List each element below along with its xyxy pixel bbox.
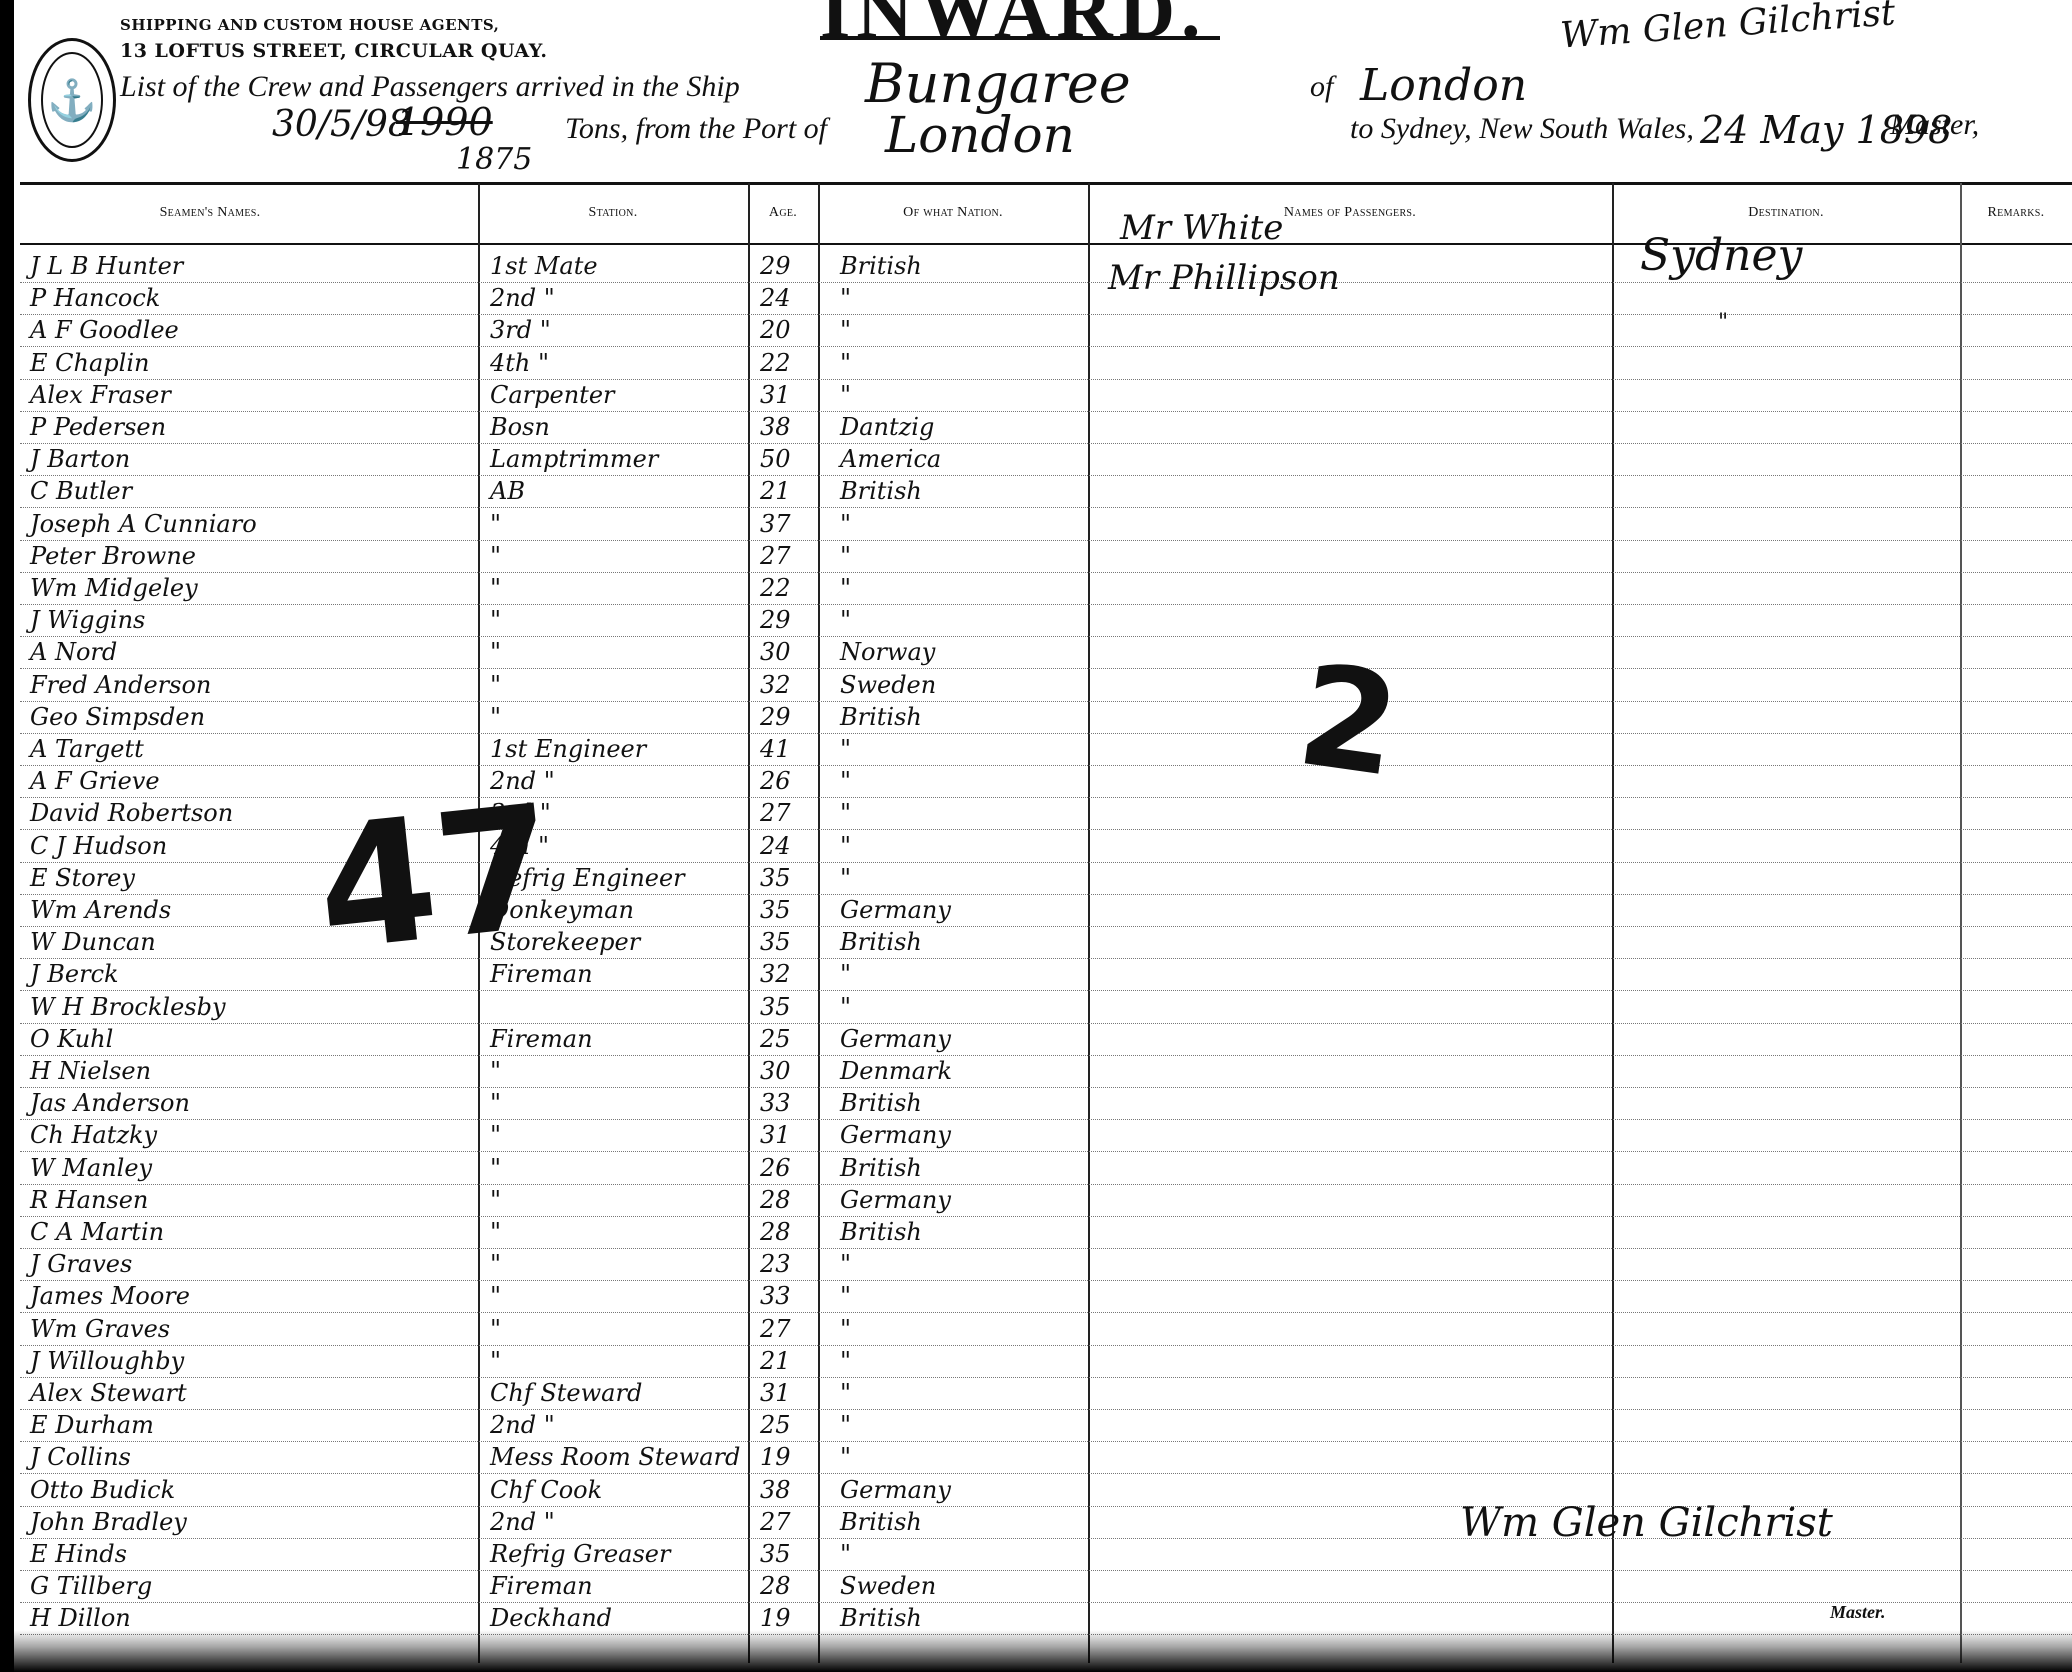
crew-name: Wm Arends xyxy=(30,896,171,924)
header-printed-list: List of the Crew and Passengers arrived … xyxy=(120,70,740,104)
crew-nation: Germany xyxy=(840,1186,951,1214)
table-top-rule xyxy=(20,182,2072,185)
crew-station: Deckhand xyxy=(490,1604,612,1632)
crew-age: 25 xyxy=(760,1411,791,1439)
crew-name: Ch Hatzky xyxy=(30,1121,157,1149)
crew-name: A Targett xyxy=(30,735,144,763)
crew-age: 21 xyxy=(760,1347,791,1375)
from-port: London xyxy=(885,106,1075,164)
crew-age: 27 xyxy=(760,1508,791,1536)
crew-age: 19 xyxy=(760,1443,791,1471)
crew-nation: " xyxy=(840,1540,851,1568)
crew-name: C J Hudson xyxy=(30,832,167,860)
crew-station: " xyxy=(490,638,501,666)
passenger-name: Mr Phillipson xyxy=(1108,258,1340,298)
row-rule xyxy=(20,1280,2072,1281)
crew-station: Mess Room Steward xyxy=(490,1443,740,1471)
crew-name: Peter Browne xyxy=(30,542,196,570)
header-printed-of: of xyxy=(1310,70,1333,104)
crew-name: J L B Hunter xyxy=(30,252,183,280)
row-rule xyxy=(20,1055,2072,1056)
crew-nation: Norway xyxy=(840,638,935,666)
crew-station: " xyxy=(490,1218,501,1246)
row-rule xyxy=(20,1312,2072,1313)
crew-name: A F Grieve xyxy=(30,767,160,795)
crew-age: 26 xyxy=(760,1154,791,1182)
header-station: Station. xyxy=(478,205,748,221)
crew-age: 30 xyxy=(760,638,791,666)
crew-nation: British xyxy=(840,1508,922,1536)
crew-nation: " xyxy=(840,606,851,634)
crew-age: 26 xyxy=(760,767,791,795)
crew-nation: " xyxy=(840,381,851,409)
crew-nation: Sweden xyxy=(840,671,936,699)
crew-station: 2nd " xyxy=(490,284,555,312)
header-age: Age. xyxy=(748,205,818,221)
crew-name: Wm Midgeley xyxy=(30,574,198,602)
crew-nation: British xyxy=(840,1154,922,1182)
crew-nation: British xyxy=(840,928,922,956)
crew-nation: " xyxy=(840,799,851,827)
crew-age: 28 xyxy=(760,1218,791,1246)
crew-age: 19 xyxy=(760,1604,791,1632)
crew-nation: " xyxy=(840,574,851,602)
crew-station: Fireman xyxy=(490,1572,593,1600)
crew-nation: " xyxy=(840,1250,851,1278)
row-rule xyxy=(20,604,2072,605)
crew-nation: " xyxy=(840,316,851,344)
crew-age: 27 xyxy=(760,542,791,570)
crew-name: J Berck xyxy=(30,960,119,988)
crew-age: 27 xyxy=(760,1315,791,1343)
crew-age: 32 xyxy=(760,671,791,699)
crew-tally-annotation: 47 xyxy=(308,768,564,990)
crew-age: 28 xyxy=(760,1186,791,1214)
crew-nation: British xyxy=(840,1089,922,1117)
crew-age: 35 xyxy=(760,928,791,956)
crew-nation: " xyxy=(840,864,851,892)
row-rule xyxy=(20,282,2072,283)
crew-name: Alex Stewart xyxy=(30,1379,187,1407)
crew-nation: British xyxy=(840,477,922,505)
crew-nation: " xyxy=(840,993,851,1021)
crew-station: " xyxy=(490,1057,501,1085)
crew-nation: " xyxy=(840,832,851,860)
master-signature-bottom: Wm Glen Gilchrist xyxy=(1460,1500,1833,1546)
crew-name: Wm Graves xyxy=(30,1315,170,1343)
crew-station: " xyxy=(490,542,501,570)
row-rule xyxy=(20,1023,2072,1024)
crew-name: H Dillon xyxy=(30,1604,131,1632)
crew-station: AB xyxy=(490,477,525,505)
crew-name: David Robertson xyxy=(30,799,233,827)
crew-station: " xyxy=(490,1186,501,1214)
passenger-tally-annotation: 2 xyxy=(1289,634,1408,809)
crew-station: " xyxy=(490,1315,501,1343)
crew-name: R Hansen xyxy=(30,1186,148,1214)
crew-name: Jas Anderson xyxy=(30,1089,190,1117)
crew-nation: Germany xyxy=(840,1025,951,1053)
row-rule xyxy=(20,1377,2072,1378)
crew-name: W Duncan xyxy=(30,928,156,956)
crew-age: 22 xyxy=(760,574,791,602)
crew-station: 1st Engineer xyxy=(490,735,646,763)
crew-nation: " xyxy=(840,735,851,763)
crew-name: E Chaplin xyxy=(30,349,149,377)
row-rule xyxy=(20,1409,2072,1410)
crew-nation: Germany xyxy=(840,896,951,924)
header-seamens-names: Seamen's Names. xyxy=(60,205,360,221)
crew-name: Joseph A Cunniaro xyxy=(30,510,257,538)
crew-name: Fred Anderson xyxy=(30,671,211,699)
crew-nation: Dantzig xyxy=(840,413,934,441)
crew-age: 30 xyxy=(760,1057,791,1085)
crew-station: Fireman xyxy=(490,1025,593,1053)
crew-name: J Barton xyxy=(30,445,130,473)
crew-name: A F Goodlee xyxy=(30,316,179,344)
header-printed-tons: Tons, from the Port of xyxy=(565,112,827,146)
anchor-icon: ⚓ xyxy=(41,52,103,148)
tons-value: 1875 xyxy=(456,142,532,177)
crew-station: Bosn xyxy=(490,413,550,441)
row-rule xyxy=(20,475,2072,476)
crew-nation: America xyxy=(840,445,941,473)
crew-name: E Durham xyxy=(30,1411,154,1439)
row-rule xyxy=(20,507,2072,508)
row-rule xyxy=(20,990,2072,991)
agent-header-line1: SHIPPING AND CUSTOM HOUSE AGENTS, xyxy=(120,16,499,34)
crew-name: C Butler xyxy=(30,477,132,505)
row-rule xyxy=(20,701,2072,702)
passenger-name: Mr White xyxy=(1120,208,1283,248)
crew-station: " xyxy=(490,1250,501,1278)
date-received: 30/5/98 xyxy=(272,104,411,145)
row-rule xyxy=(20,540,2072,541)
crew-station: " xyxy=(490,1154,501,1182)
crew-name: J Willoughby xyxy=(30,1347,184,1375)
crew-nation: " xyxy=(840,1347,851,1375)
crew-name: G Tillberg xyxy=(30,1572,152,1600)
crew-station: Carpenter xyxy=(490,381,615,409)
row-rule xyxy=(20,733,2072,734)
crew-age: 50 xyxy=(760,445,791,473)
shipping-master-stamp: ⚓ xyxy=(28,38,116,162)
crew-name: Geo Simpsden xyxy=(30,703,205,731)
row-rule xyxy=(20,1473,2072,1474)
crew-nation: " xyxy=(840,510,851,538)
row-rule xyxy=(20,636,2072,637)
crew-station: " xyxy=(490,574,501,602)
crew-station: 3rd " xyxy=(490,316,551,344)
row-rule xyxy=(20,443,2072,444)
crew-age: 24 xyxy=(760,284,791,312)
crew-nation: British xyxy=(840,1604,922,1632)
crew-nation: British xyxy=(840,252,922,280)
crew-nation: " xyxy=(840,284,851,312)
agent-header-line2: 13 LOFTUS STREET, CIRCULAR QUAY. xyxy=(120,40,547,62)
crew-age: 35 xyxy=(760,1540,791,1568)
scan-edge xyxy=(0,0,14,1672)
row-rule xyxy=(20,1151,2072,1152)
crew-nation: " xyxy=(840,542,851,570)
row-rule xyxy=(20,765,2072,766)
crew-name: E Storey xyxy=(30,864,135,892)
crew-name: Otto Budick xyxy=(30,1476,175,1504)
row-rule xyxy=(20,1345,2072,1346)
row-rule xyxy=(20,314,2072,315)
crew-nation: " xyxy=(840,1411,851,1439)
header-nation: Of what Nation. xyxy=(818,205,1088,221)
crew-age: 31 xyxy=(760,1379,791,1407)
header-printed-sydney: to Sydney, New South Wales, xyxy=(1350,112,1694,146)
crew-age: 25 xyxy=(760,1025,791,1053)
crew-age: 21 xyxy=(760,477,791,505)
crew-station: " xyxy=(490,1282,501,1310)
crew-name: Alex Fraser xyxy=(30,381,171,409)
row-rule xyxy=(20,1441,2072,1442)
title-underline xyxy=(820,36,1220,40)
crew-name: A Nord xyxy=(30,638,117,666)
crew-station: " xyxy=(490,671,501,699)
crew-age: 37 xyxy=(760,510,791,538)
row-rule xyxy=(20,572,2072,573)
crew-station: 1st Mate xyxy=(490,252,598,280)
crew-nation: " xyxy=(840,1379,851,1407)
crew-age: 41 xyxy=(760,735,791,763)
crew-age: 20 xyxy=(760,316,791,344)
crew-age: 35 xyxy=(760,993,791,1021)
passenger-destination: Sydney xyxy=(1640,230,1802,281)
header-destination: Destination. xyxy=(1612,205,1960,221)
crew-name: E Hinds xyxy=(30,1540,127,1568)
crew-station: " xyxy=(490,1121,501,1149)
arrival-date: 24 May 1898 xyxy=(1700,108,1952,152)
header-remarks: Remarks. xyxy=(1960,205,2072,221)
crew-station: Lamptrimmer xyxy=(490,445,658,473)
crew-nation: " xyxy=(840,960,851,988)
crew-age: 31 xyxy=(760,381,791,409)
crew-name: C A Martin xyxy=(30,1218,164,1246)
row-rule xyxy=(20,1248,2072,1249)
crew-age: 29 xyxy=(760,703,791,731)
crew-nation: Germany xyxy=(840,1476,951,1504)
crew-nation: " xyxy=(840,1315,851,1343)
crew-name: James Moore xyxy=(30,1282,190,1310)
crew-nation: " xyxy=(840,349,851,377)
row-rule xyxy=(20,1602,2072,1603)
crew-station: 4th " xyxy=(490,349,549,377)
row-rule xyxy=(20,411,2072,412)
crew-name: W H Brocklesby xyxy=(30,993,226,1021)
crew-age: 22 xyxy=(760,349,791,377)
crew-station: 2nd " xyxy=(490,1411,555,1439)
crew-age: 28 xyxy=(760,1572,791,1600)
crew-station: " xyxy=(490,703,501,731)
crew-age: 23 xyxy=(760,1250,791,1278)
crew-name: O Kuhl xyxy=(30,1025,113,1053)
crew-nation: " xyxy=(840,1443,851,1471)
crew-name: P Pedersen xyxy=(30,413,166,441)
crew-nation: " xyxy=(840,1282,851,1310)
crew-nation: Denmark xyxy=(840,1057,952,1085)
crew-station: " xyxy=(490,606,501,634)
crew-station: Chf Cook xyxy=(490,1476,602,1504)
crew-name: J Graves xyxy=(30,1250,132,1278)
scan-bottom-edge xyxy=(0,1630,2072,1672)
crew-nation: Sweden xyxy=(840,1572,936,1600)
crew-nation: " xyxy=(840,767,851,795)
master-signature-top: Wm Glen Gilchrist xyxy=(1559,0,1897,57)
crew-age: 32 xyxy=(760,960,791,988)
document-title: INWARD. xyxy=(820,0,1207,56)
master-label: Master. xyxy=(1830,1602,1886,1623)
crew-age: 31 xyxy=(760,1121,791,1149)
row-rule xyxy=(20,346,2072,347)
crew-name: John Bradley xyxy=(30,1508,187,1536)
crew-age: 33 xyxy=(760,1089,791,1117)
crew-name: W Manley xyxy=(30,1154,152,1182)
crew-name: J Collins xyxy=(30,1443,131,1471)
tons-struck: 1990 xyxy=(396,100,493,144)
crew-station: " xyxy=(490,510,501,538)
crew-age: 38 xyxy=(760,1476,791,1504)
crew-age: 27 xyxy=(760,799,791,827)
row-rule xyxy=(20,1087,2072,1088)
crew-age: 35 xyxy=(760,864,791,892)
crew-station: " xyxy=(490,1347,501,1375)
crew-station: 2nd " xyxy=(490,1508,555,1536)
crew-nation: Germany xyxy=(840,1121,951,1149)
crew-station: Chf Steward xyxy=(490,1379,642,1407)
row-rule xyxy=(20,1570,2072,1571)
crew-name: J Wiggins xyxy=(30,606,145,634)
crew-age: 38 xyxy=(760,413,791,441)
row-rule xyxy=(20,1184,2072,1185)
row-rule xyxy=(20,379,2072,380)
crew-station: Refrig Greaser xyxy=(490,1540,670,1568)
crew-age: 33 xyxy=(760,1282,791,1310)
crew-nation: British xyxy=(840,1218,922,1246)
ship-port: London xyxy=(1360,60,1527,111)
crew-age: 35 xyxy=(760,896,791,924)
crew-station: " xyxy=(490,1089,501,1117)
row-rule xyxy=(20,1119,2072,1120)
crew-age: 29 xyxy=(760,606,791,634)
row-rule xyxy=(20,1216,2072,1217)
crew-name: P Hancock xyxy=(30,284,160,312)
row-rule xyxy=(20,668,2072,669)
crew-age: 24 xyxy=(760,832,791,860)
crew-name: H Nielsen xyxy=(30,1057,151,1085)
passenger-destination-ditto: " xyxy=(1718,310,1728,335)
crew-nation: British xyxy=(840,703,922,731)
crew-age: 29 xyxy=(760,252,791,280)
